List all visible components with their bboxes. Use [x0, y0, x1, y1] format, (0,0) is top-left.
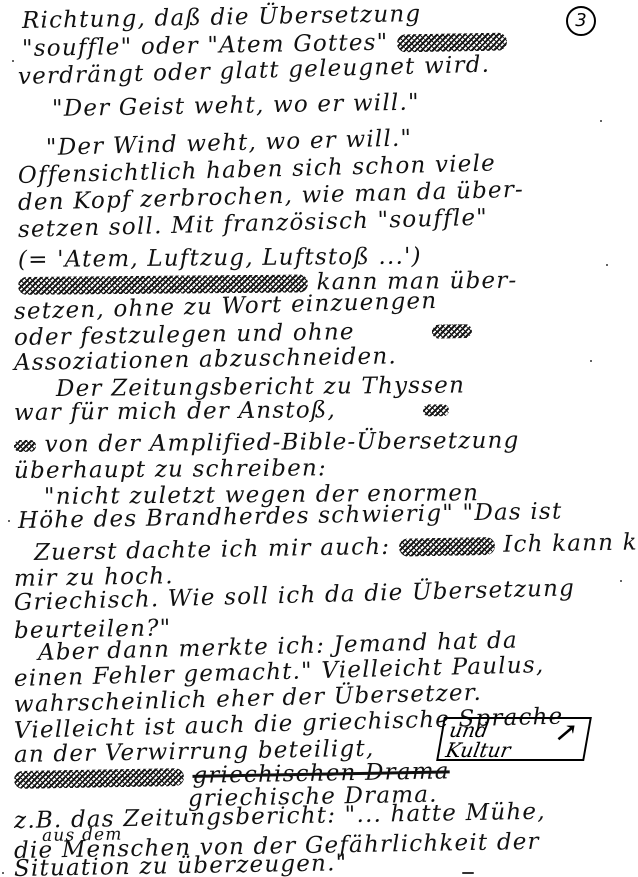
scan-speck	[8, 520, 10, 522]
line-text: war für mich der Anstoß,	[14, 397, 336, 426]
crossed-out-phrase	[399, 537, 495, 557]
line-text: Richtung, daß die Übersetzung	[22, 1, 422, 34]
line-text: "Der Geist weht, wo er will."	[52, 90, 420, 122]
scan-speck	[620, 580, 622, 582]
text-line: war für mich der Anstoß,	[14, 396, 449, 426]
line-text: Situation zu überzeugen."	[14, 850, 348, 877]
text-line: Assoziationen abzuschneiden.	[14, 343, 397, 376]
crossed-out-word	[14, 440, 36, 452]
scan-speck	[2, 872, 4, 874]
line-text: Assoziationen abzuschneiden.	[14, 343, 397, 376]
crossed-out-word	[423, 404, 449, 416]
boxed-insertion-note: und Kultur ↗	[436, 717, 592, 761]
text-line: Zuerst dachte ich mir auch: Ich kann kei…	[34, 529, 638, 566]
page-number: 3	[566, 6, 596, 36]
text-line: Situation zu überzeugen."	[14, 850, 348, 877]
crossed-out-word	[397, 33, 507, 53]
line-text: überhaupt zu schreiben:	[14, 455, 327, 484]
crossed-out-word	[432, 324, 472, 339]
text-line: von der Amplified-Bible-Übersetzung	[14, 428, 520, 458]
manuscript-page: 3 Richtung, daß die Übersetzung "souffle…	[0, 0, 638, 877]
text-line: Richtung, daß die Übersetzung	[22, 1, 422, 34]
insertion-arrow-icon: ↗	[553, 723, 578, 743]
crossed-out-phrase	[14, 768, 184, 789]
scan-speck	[462, 872, 474, 874]
scan-speck	[590, 360, 592, 362]
line-text: von der Amplified-Bible-Übersetzung	[44, 428, 519, 458]
scan-speck	[600, 120, 602, 122]
text-line: "Der Geist weht, wo er will."	[52, 90, 420, 122]
line-text: Zuerst dachte ich mir auch:	[34, 534, 391, 566]
scan-speck	[12, 60, 14, 62]
text-line: überhaupt zu schreiben:	[14, 455, 327, 484]
scan-speck	[606, 264, 608, 266]
line-text: Ich kann kein	[503, 529, 638, 558]
